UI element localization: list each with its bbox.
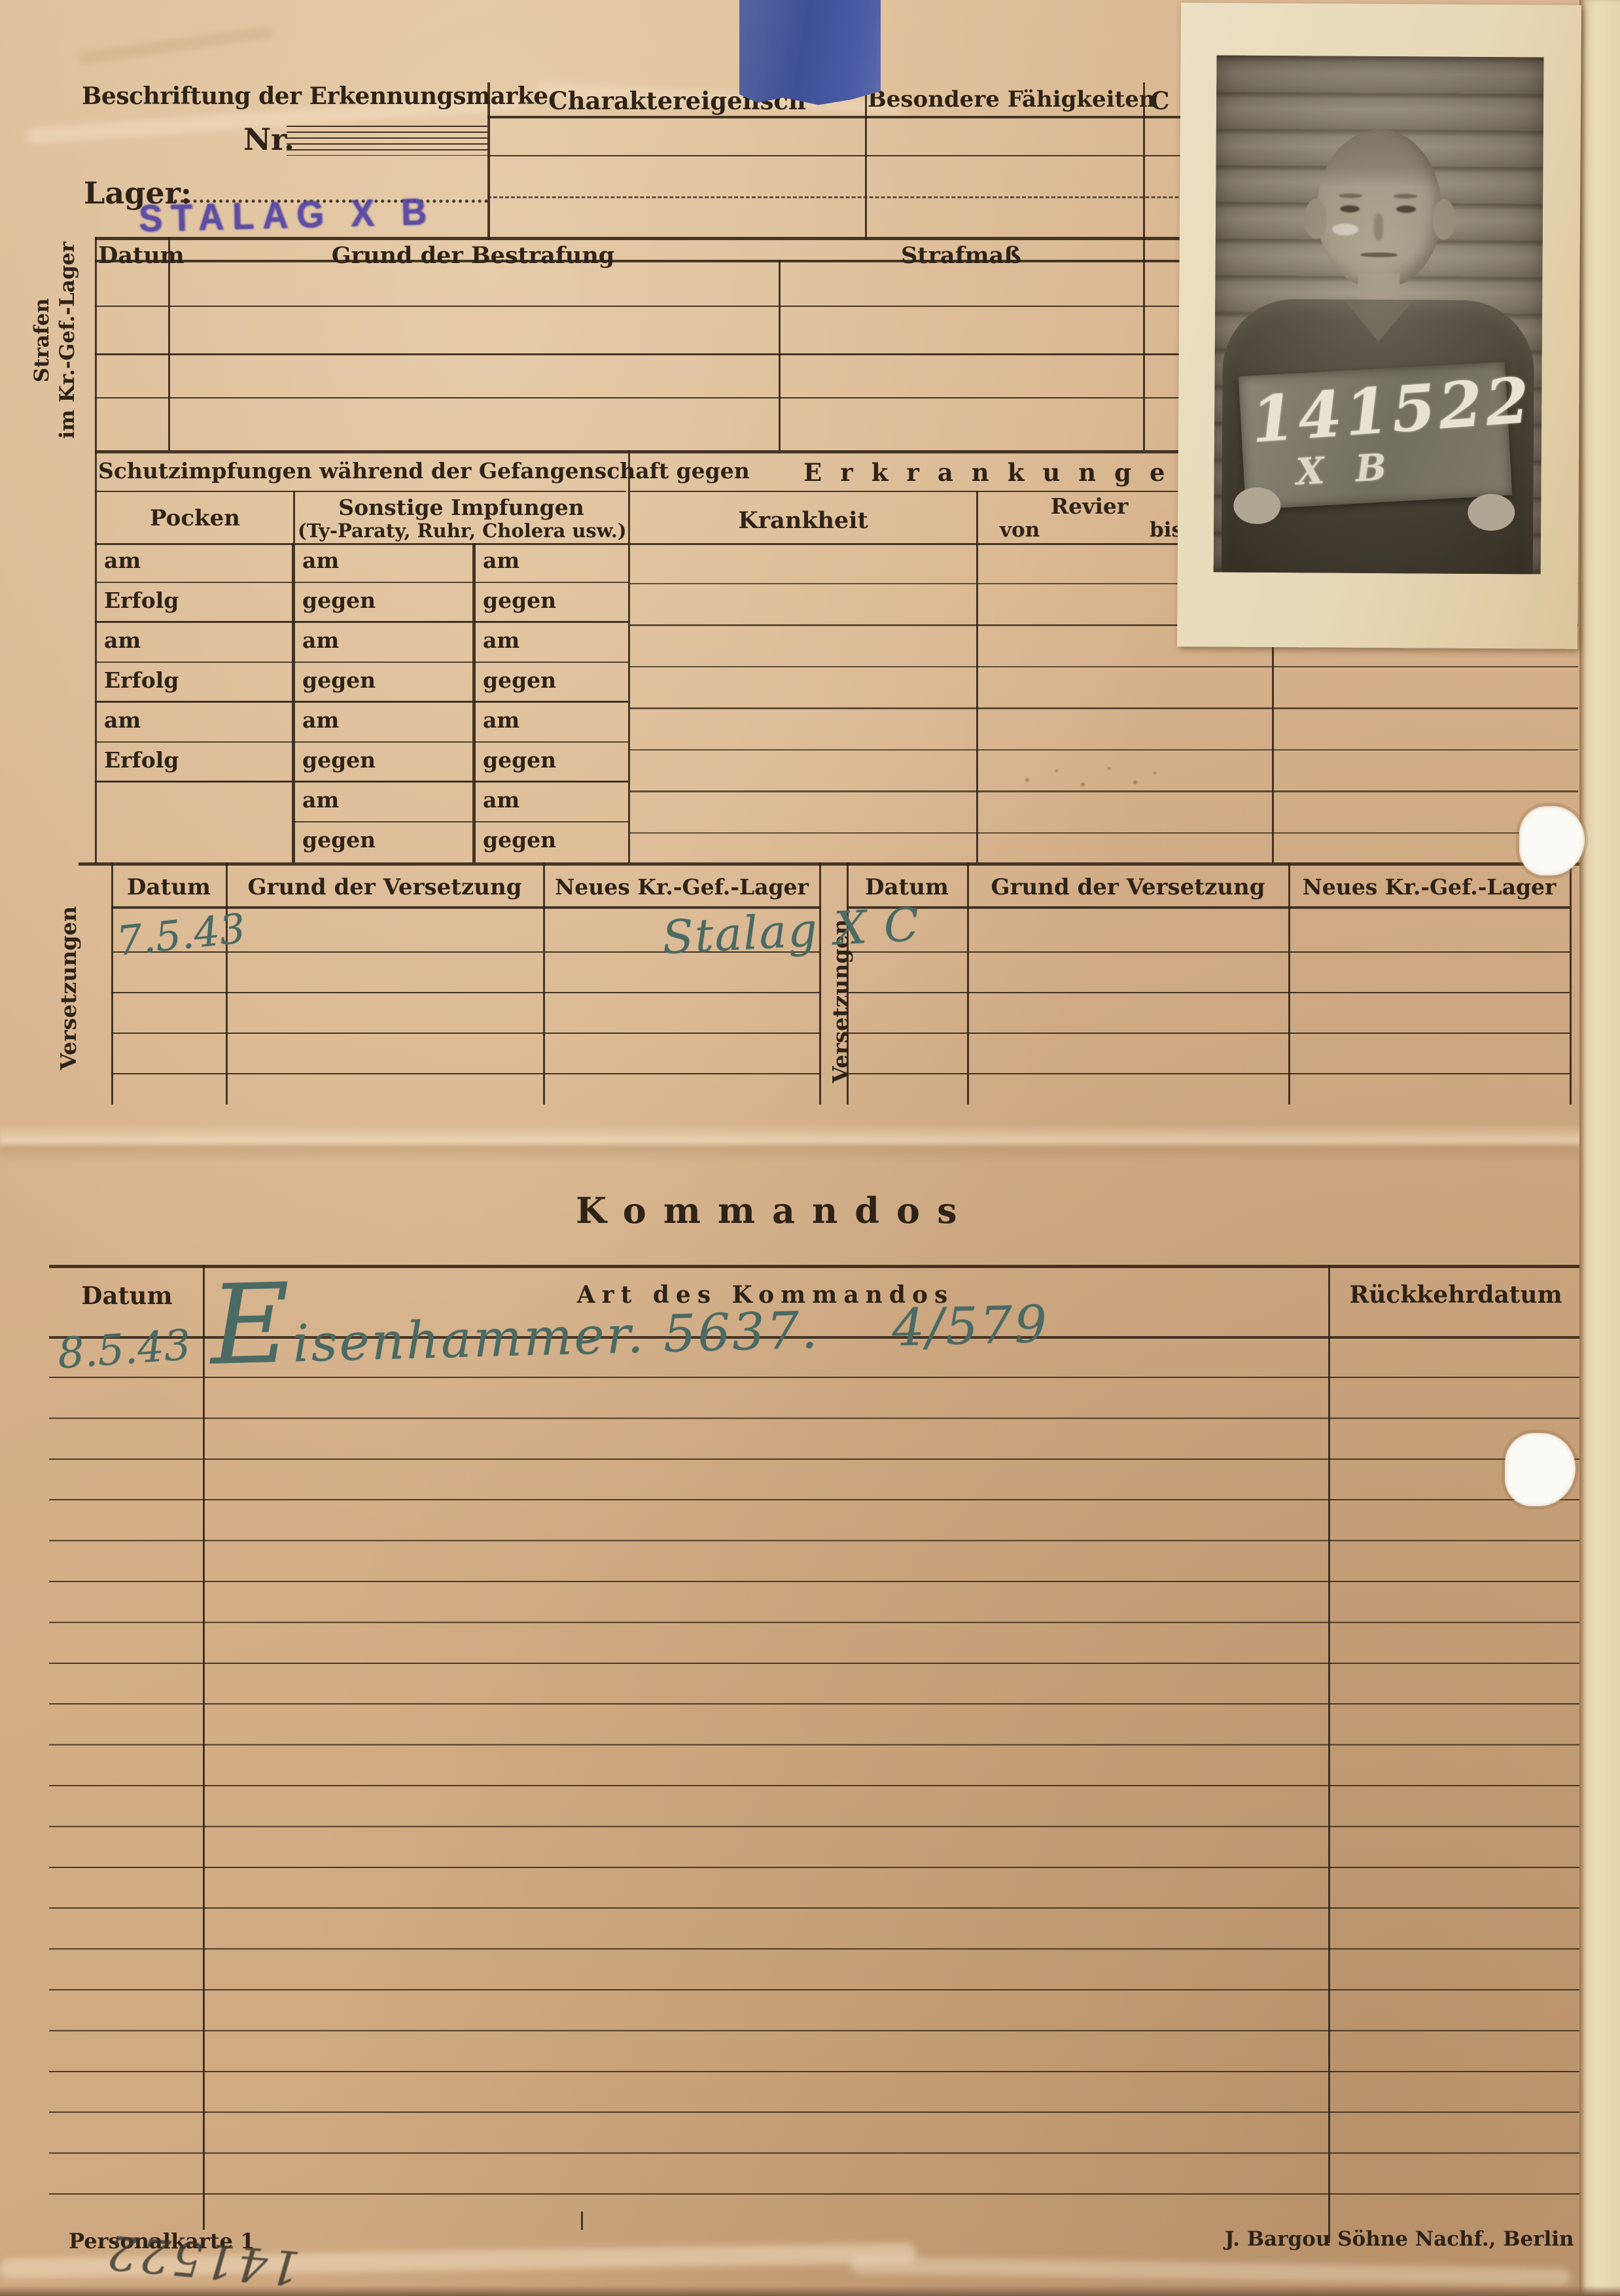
- hand-left: [1233, 487, 1280, 524]
- strafen-col-grund: Grund der Bestrafung: [171, 242, 775, 269]
- sign-number: 141522: [1248, 365, 1502, 457]
- grid-cell: Erfolg: [95, 583, 293, 623]
- erkrankungen-col-revier: Revier: [981, 493, 1197, 519]
- grid-cell: gegen: [474, 822, 628, 862]
- page-bottom-edge: [0, 2286, 1620, 2296]
- printer-imprint: J. Bargou Söhne Nachf., Berlin SW 68: [1225, 2227, 1620, 2251]
- impfungen-col-pocken: Pocken: [98, 505, 292, 531]
- photo-image: 141522 X B: [1214, 55, 1544, 574]
- col-faehigkeiten: Besondere Fähigkeiten: [868, 86, 1141, 113]
- faint-pencil-marks: [1008, 752, 1171, 798]
- versetzungen-col-datum: Datum: [848, 874, 966, 900]
- strafen-col-strafmass: Strafmaß: [782, 242, 1140, 269]
- vaccination-row: am am am: [95, 543, 628, 583]
- prisoner-photo: 141522 X B: [1177, 3, 1581, 649]
- kommandos-col-rueckkehr: Rückkehrdatum: [1335, 1281, 1577, 1309]
- strafen-side-line1: Strafen: [29, 236, 55, 445]
- erkrankungen-col-von: von: [1000, 518, 1040, 542]
- kommando-art-handwriting: Eisenhammer. 5637. 4/579: [210, 1295, 1049, 1376]
- impfungen-col-sonstige2: (Ty-Paraty, Ruhr, Cholera usw.): [298, 520, 625, 542]
- vaccination-row: am am am: [95, 703, 628, 743]
- personalkarte-document: Beschriftung der Erkennungsmarke Nr. Lag…: [0, 0, 1620, 2296]
- kommandos-title: Kommandos: [576, 1190, 929, 1231]
- stalag-stamp: STALAG X B: [138, 190, 435, 241]
- grid-cell: gegen: [474, 663, 628, 703]
- grid-cell: gegen: [293, 663, 474, 703]
- vaccination-row: Erfolg gegen gegen: [95, 743, 628, 783]
- grid-cell: [95, 822, 293, 862]
- strafen-col-datum: Datum: [98, 242, 167, 269]
- grid-cell: am: [474, 703, 628, 743]
- grid-cell: [95, 783, 293, 822]
- grid-cell: am: [474, 623, 628, 663]
- vaccination-grid: am am am Erfolg gegen gegen am am am Erf…: [95, 543, 628, 862]
- kommando-datum-handwriting: 8.5.43: [56, 1321, 192, 1379]
- erkennungsmarke-title: Beschriftung der Erkennungsmarke: [82, 82, 455, 110]
- vaccination-row: am am am: [95, 623, 628, 663]
- strafen-side-label: Strafen im Kr.-Gef.-Lager: [29, 236, 95, 445]
- vaccination-row: am am: [95, 783, 628, 822]
- erkrankungen-title: Erkrankunge: [803, 458, 1184, 487]
- versetzungen-col-lager: Neues Kr.-Gef.-Lager: [545, 874, 819, 900]
- impfungen-col-sonstige1: Sonstige Impfungen: [298, 495, 625, 520]
- grid-cell: Erfolg: [95, 743, 293, 783]
- datum-column-line-tip: [581, 2212, 583, 2230]
- grid-cell: Erfolg: [95, 663, 293, 703]
- strafen-side-line2: im Kr.-Gef.-Lager: [55, 236, 80, 445]
- versetzung-datum-handwriting: 7.5.43: [114, 904, 248, 965]
- vaccination-row: Erfolg gegen gegen: [95, 663, 628, 703]
- hand-right: [1468, 494, 1515, 531]
- versetzungen-side-label-left: Versetzungen: [56, 883, 95, 1093]
- grid-cell: gegen: [474, 583, 628, 623]
- vaccination-row: Erfolg gegen gegen: [95, 583, 628, 623]
- grid-cell: gegen: [474, 743, 628, 783]
- grid-cell: am: [474, 543, 628, 583]
- horizontal-fold: [0, 1124, 1620, 1162]
- col-third-partial: C: [1150, 86, 1169, 115]
- versetzungen-side-text: Versetzungen: [56, 883, 81, 1093]
- grid-cell: gegen: [293, 583, 474, 623]
- kommandos-ruled-rows: [49, 1377, 1583, 2197]
- grid-cell: am: [293, 623, 474, 663]
- grid-cell: am: [293, 543, 474, 583]
- grid-cell: am: [293, 783, 474, 822]
- versetzungen-col-grund: Grund der Versetzung: [228, 874, 542, 900]
- sign-camp: X B: [1295, 445, 1397, 493]
- page-right-edge: [1579, 0, 1620, 2296]
- impfungen-title: Schutzimpfungen während der Gefangenscha…: [98, 458, 627, 484]
- prisoner-number-sign: 141522 X B: [1239, 362, 1513, 510]
- versetzungen-col-grund: Grund der Versetzung: [969, 874, 1287, 900]
- grid-cell: am: [95, 623, 293, 663]
- grid-cell: gegen: [293, 822, 474, 862]
- kommandos-col-datum: Datum: [52, 1281, 202, 1310]
- erkrankungen-col-krankheit: Krankheit: [631, 507, 975, 534]
- versetzungen-col-lager: Neues Kr.-Gef.-Lager: [1290, 874, 1568, 900]
- blue-tape: [739, 0, 881, 106]
- vaccination-row: gegen gegen: [95, 822, 628, 862]
- bottom-wrinkle: [851, 2256, 1570, 2286]
- nr-ruled-lines: [287, 126, 488, 156]
- crease-shadow: [79, 26, 275, 65]
- grid-cell: gegen: [293, 743, 474, 783]
- grid-cell: am: [474, 783, 628, 822]
- grid-cell: am: [293, 703, 474, 743]
- versetzungen-col-datum: Datum: [113, 874, 225, 900]
- grid-cell: am: [95, 543, 293, 583]
- grid-cell: am: [95, 703, 293, 743]
